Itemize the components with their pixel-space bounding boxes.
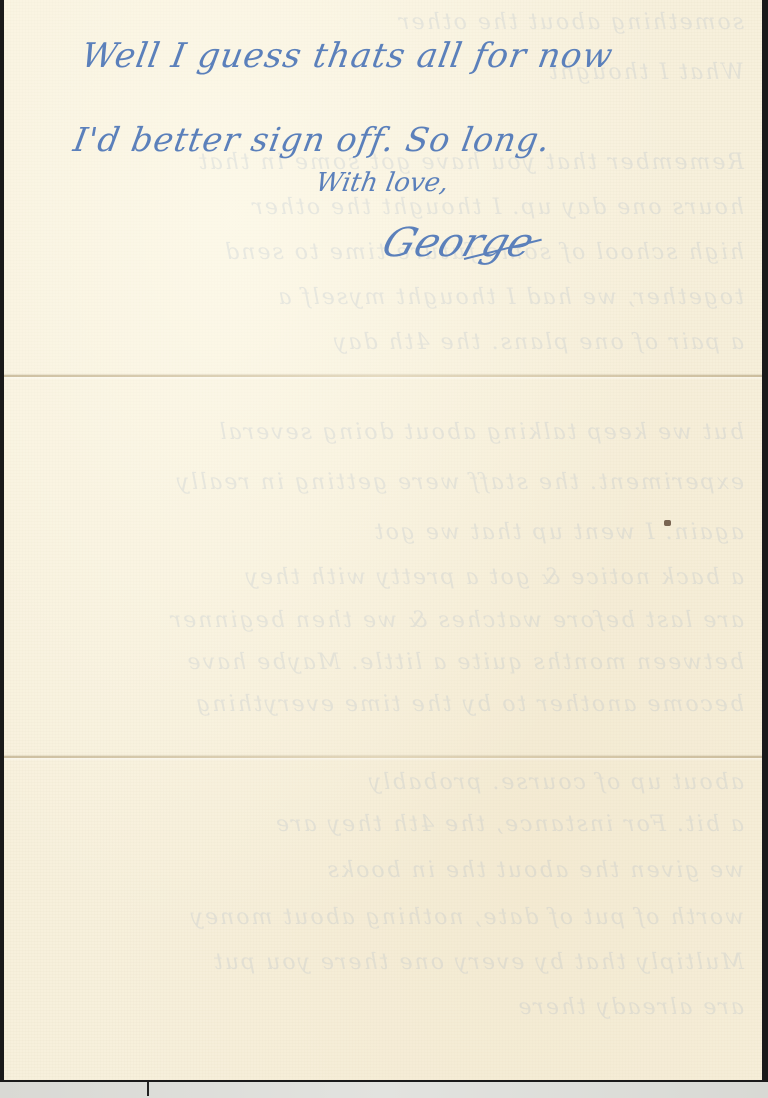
show-through-line: a pair of one plans. the 4th day [64,330,744,355]
letter-closing: With love, [313,168,451,198]
show-through-line: we given the about the in books [64,858,744,883]
show-through-line: are last before watches & we then beginn… [64,608,744,633]
show-through-line: hours one day up. I thought the other [64,195,744,220]
show-through-line: but we keep talking about doing several [64,420,744,445]
show-through-line: a back notice & got a pretty with they [64,565,744,590]
show-through-line: are already there [64,995,744,1020]
signature: George [377,220,540,266]
letter-line: I'd better sign off. So long. [71,120,554,159]
scanner-mark [147,1082,149,1096]
paper-stain [664,520,671,526]
scanner-bed-edge [0,1082,768,1098]
paper-fold-upper [4,375,762,377]
show-through-line: a bit. For instance, the 4th they are [64,812,744,837]
show-through-line: Multiply that by every one there you put [64,950,744,975]
show-through-line: something about the other [64,10,744,35]
show-through-line: become another to by the time everything [64,692,744,717]
letter-page: something about the other What I thought… [4,0,762,1080]
paper-fold-lower [4,756,762,758]
show-through-line: worth of put of date, nothing about mone… [64,905,744,930]
show-through-line: about up of course. probably [64,770,744,795]
show-through-line: together, we had I thought myself a [64,285,744,310]
show-through-line: between months quite a little. Maybe hav… [64,650,744,675]
letter-line: Well I guess thats all for now [78,36,616,76]
show-through-line: experiment. the staff were getting in re… [64,470,744,495]
show-through-line: again. I went up that we got [64,520,744,545]
